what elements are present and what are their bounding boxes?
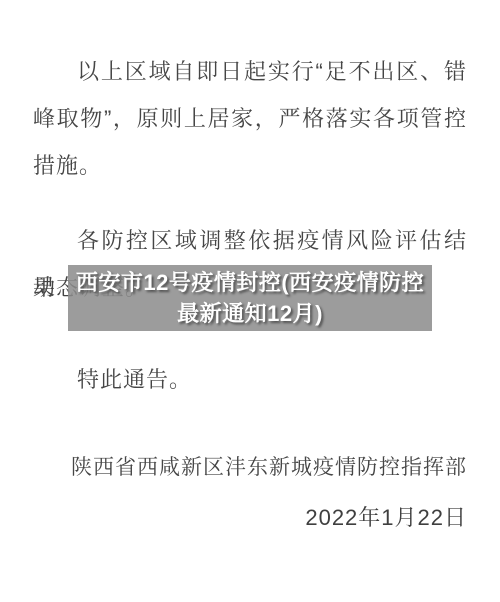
paragraph-control-measures: 以上区域自即日起实行“足不出区、错峰取物”，原则上居家，严格落实各项管控措施。 (33, 48, 467, 189)
notice-document: 以上区域自即日起实行“足不出区、错峰取物”，原则上居家，严格落实各项管控措施。 … (0, 0, 500, 602)
paragraph-closing-statement: 特此通告。 (33, 356, 467, 403)
title-overlay-banner: 西安市12号疫情封控(西安疫情防控 最新通知12月) (68, 265, 432, 331)
issue-date: 2022年1月22日 (33, 494, 467, 541)
overlay-title-line2: 最新通知12月) (177, 298, 323, 329)
overlay-title-line1: 西安市12号疫情封控(西安疫情防控 (76, 267, 424, 298)
issuer-signature: 陕西省西咸新区沣东新城疫情防控指挥部 (33, 444, 467, 491)
